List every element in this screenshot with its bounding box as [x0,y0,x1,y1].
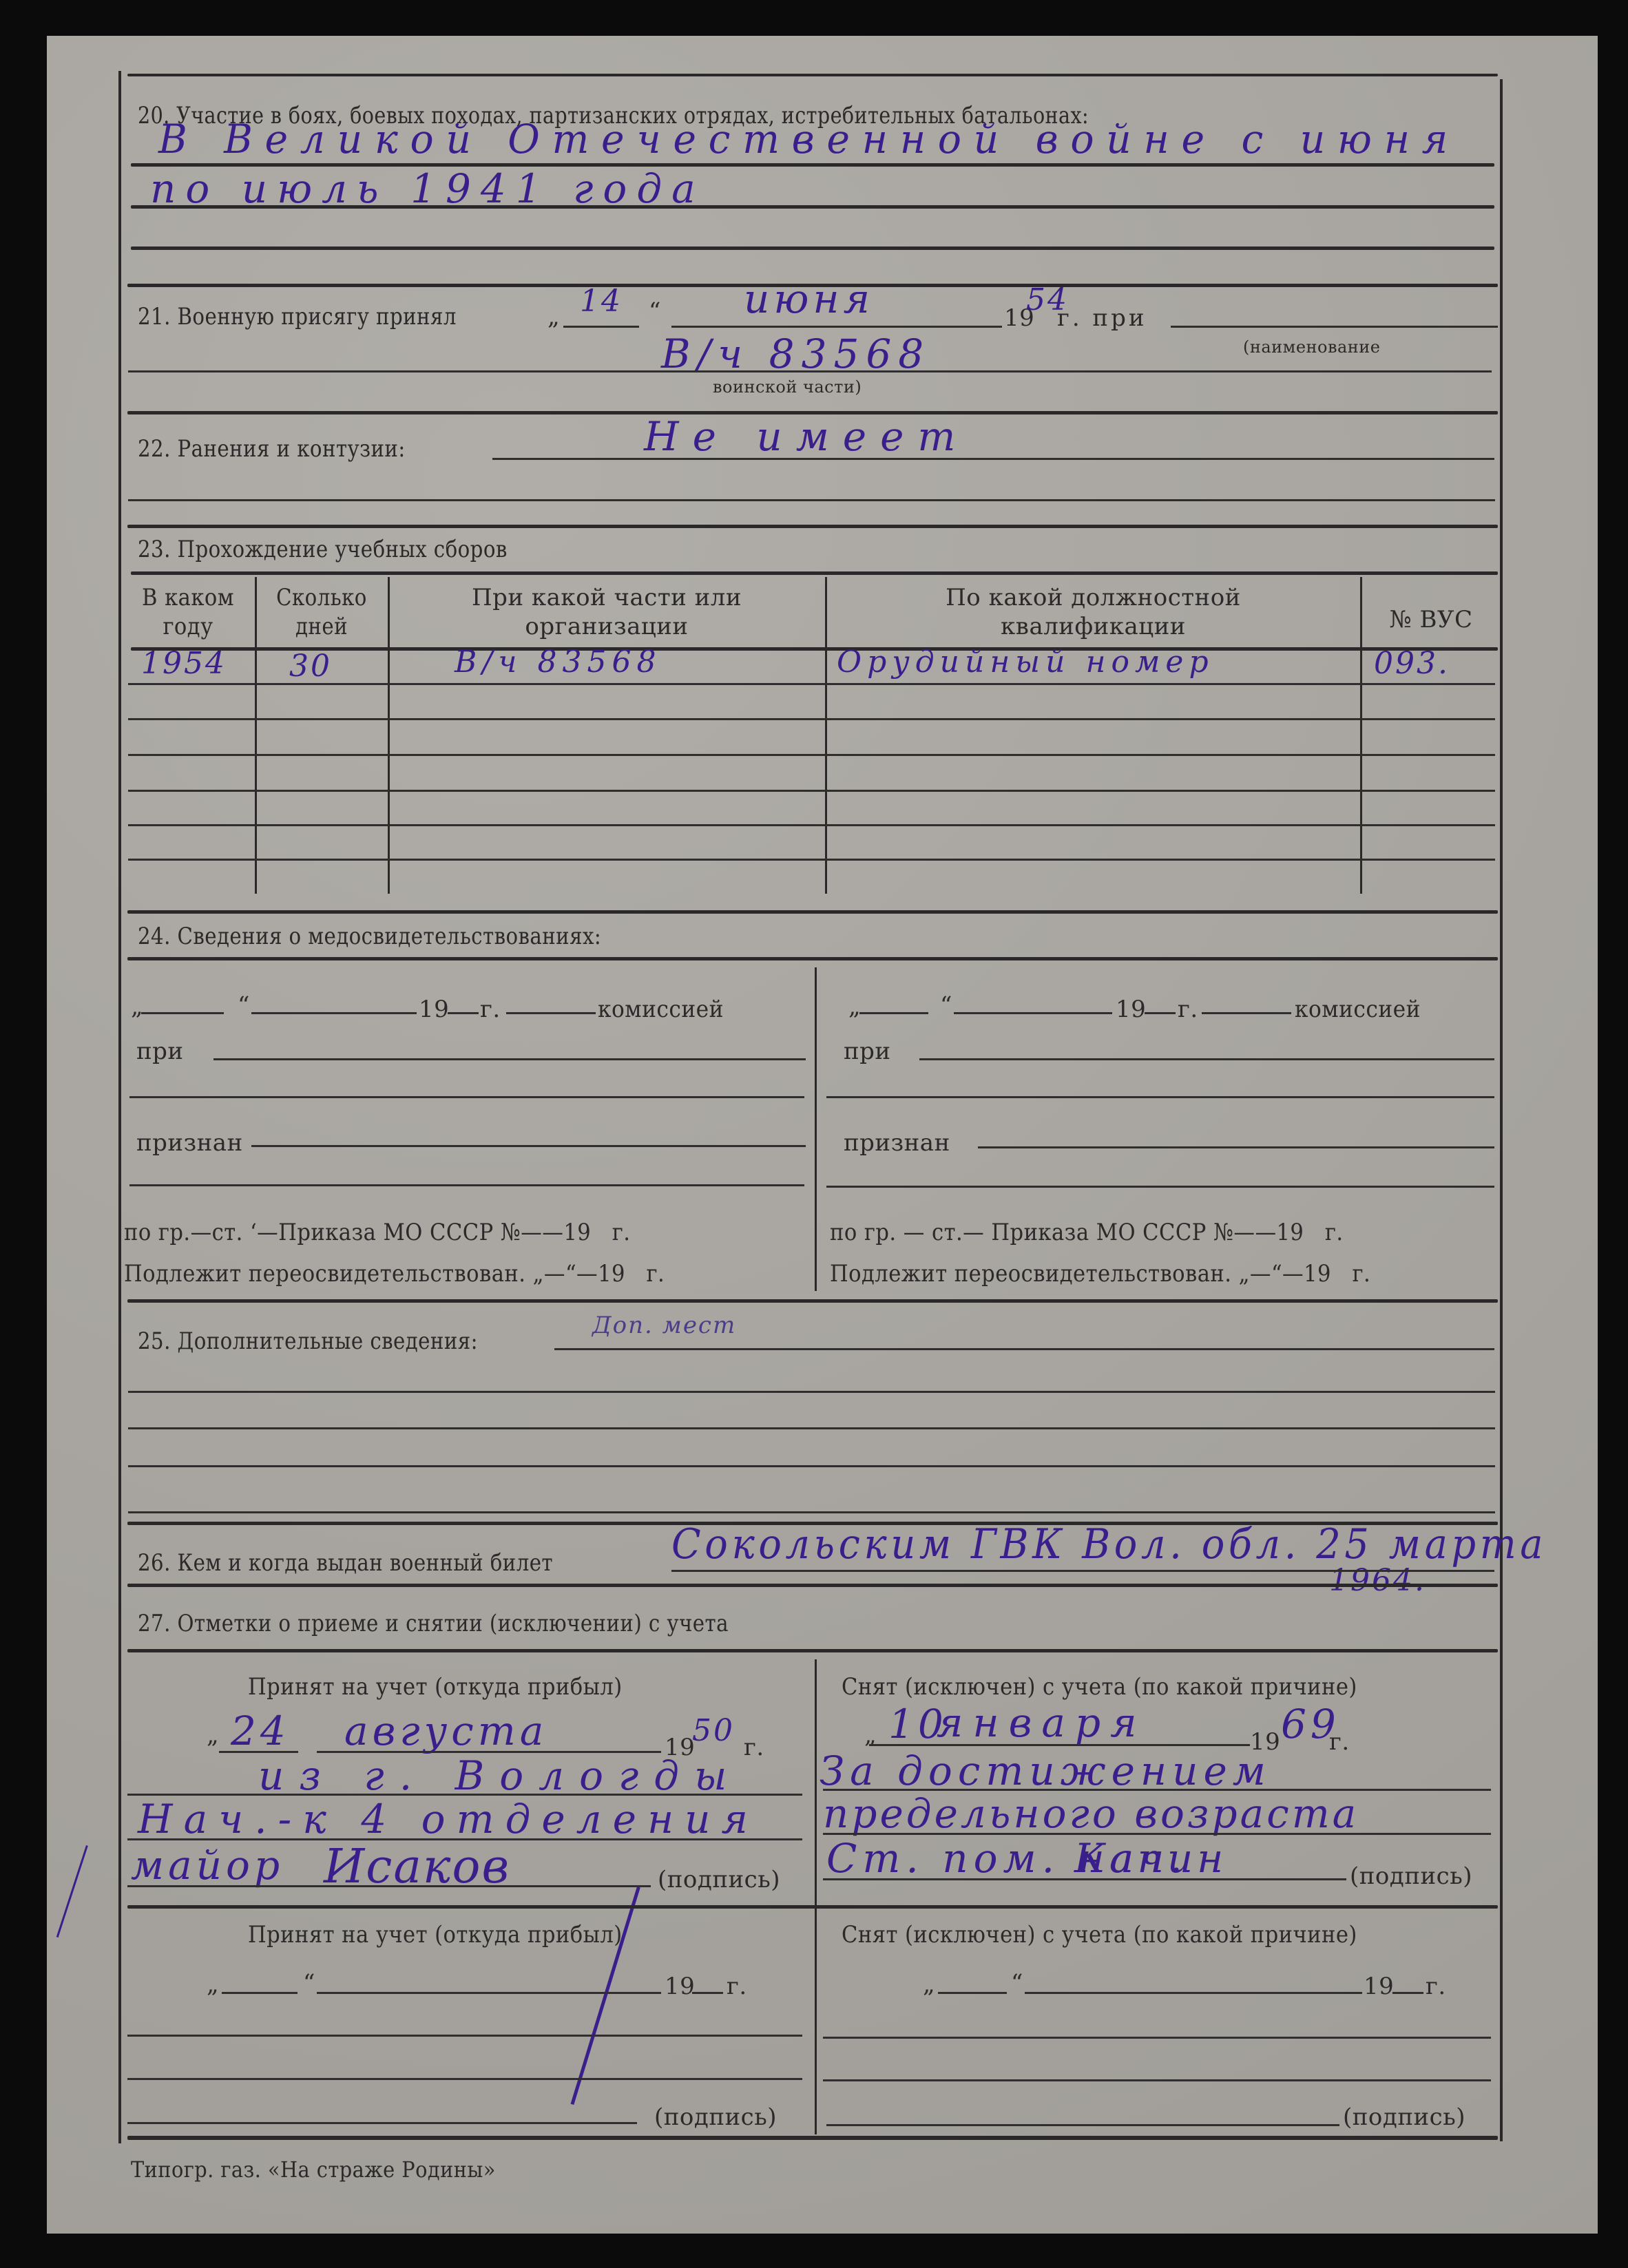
s21-month: июня [744,275,874,322]
s21-day: 14 [580,284,623,319]
s27-accepted-1-header: Принят на учет (откуда прибыл) [248,1673,623,1701]
s27-removed-1-sign-line [823,1878,1346,1880]
s24-right-priznan-line [978,1146,1494,1148]
frame-top-line [127,74,1498,76]
s27-removed-1-month: января [937,1699,1146,1746]
s27-accepted-2-header: Принят на учет (откуда прибыл) [248,1921,623,1949]
s27-accepted-1-year: 50 [692,1713,735,1748]
s27-removed-1-month-line [919,1744,1250,1746]
s24-right-year-line [1145,1012,1176,1014]
s26-label: 26. Кем и когда выдан военный билет [138,1549,553,1577]
s24-right-commission: комиссией [1295,996,1421,1023]
s22-line-2 [128,499,1495,501]
s23-header-qualification: По какой должностной квалификации [826,584,1360,640]
s27-bottom-line [127,2136,1498,2140]
s25-line-2 [128,1391,1495,1393]
s24-left-podlezhit: Подлежит переосвидетельствован. „—“—19 г… [124,1260,665,1288]
s24-left-pri-line [213,1058,806,1060]
s27-accepted-1-line2: Нач.-к 4 отделения [138,1796,759,1842]
s27-accepted-2-g: г. [727,1973,747,2000]
s27-col-sep [815,1659,817,2134]
s25-line-1 [554,1348,1494,1350]
s24-right-year: 19 [1116,996,1146,1023]
s27-middle-line [127,1905,1498,1909]
s25-line-4 [128,1465,1495,1467]
s27-removed-2-year-line [1392,1992,1423,1994]
s21-quote-open: „ [547,303,560,330]
s23-row-line-6 [128,859,1495,861]
s23-row-qualification: Орудийный номер [837,644,1214,680]
s24-left-commission: комиссией [598,996,724,1023]
s24-right-priznan: признан [844,1129,950,1157]
s23-row-year: 1954 [141,646,227,681]
s21-caption-voinskoy-chasti: воинской части) [713,377,862,397]
s25-line-3 [128,1427,1495,1429]
s24-right-month-line [954,1012,1112,1014]
s23-row-vus: 093. [1374,646,1450,681]
s27-accepted-2-quote-close: “ [303,1969,315,1997]
s24-left-priznan: признан [136,1129,243,1157]
s23-row-line-3 [128,754,1495,756]
s27-accepted-1-sign-line [127,1885,651,1887]
s27-accepted-1-line3: майор [131,1842,284,1889]
s23-header-unit: При какой части или организации [390,584,824,640]
s27-accepted-1-month: августа [344,1708,547,1754]
s27-accepted-1-g: г. [744,1734,764,1761]
s24-left-date-quote-close: “ [238,991,250,1019]
s27-removed-1-reason2: предельного возраста [823,1790,1359,1837]
s23-header-year: В каком году [129,584,247,640]
s24-top-line [127,957,1498,960]
s27-accepted-2-day-line [222,1992,298,1994]
s22-value: Не имеет [644,413,969,460]
s24-label: 24. Сведения о медосвидетельствованиях: [138,923,601,950]
s21-g-pri: г. при [1057,304,1147,332]
s25-label: 25. Дополнительные сведения: [138,1327,478,1355]
s27-accepted-1-from: из г. Вологды [258,1752,742,1799]
s24-right-comm-line [1202,1012,1291,1014]
s23-row-line-1 [128,683,1495,685]
s24-left-line-2 [129,1096,804,1098]
s27-removed-2-month-line [1025,1992,1362,1994]
s27-accepted-1-sign-caption: (подпись) [658,1866,780,1893]
s27-removed-2-g: г. [1426,1973,1446,2000]
s24-left-g: г. [480,996,501,1023]
s27-accepted-2-month-line [317,1992,661,1994]
s26-value-year: 1964. [1329,1563,1426,1598]
s27-removed-2-header: Снят (исключен) с учета (по какой причин… [842,1921,1357,1949]
s23-table-top-line [131,571,1498,575]
s27-accepted-2-line-3 [127,2078,802,2080]
s27-removed-1-reason1: За достижением [820,1747,1271,1794]
s24-col-sep [815,967,817,1291]
s24-bottom-line [127,1299,1498,1303]
s23-col-sep-1 [255,577,257,894]
s24-right-pri-line [919,1058,1494,1060]
s27-accepted-2-line-2 [127,2035,802,2037]
s20-line-2 [131,205,1494,209]
s21-month-line [671,326,1002,328]
s24-left-day-line [141,1012,224,1014]
s23-header-bottom-line [131,647,1498,651]
s21-label: 21. Военную присягу принял [138,303,457,330]
s27-accepted-2-sign-caption: (подпись) [654,2103,777,2131]
s27-removed-2-sign-caption: (подпись) [1343,2103,1465,2131]
s23-header-vus: № ВУС [1362,606,1500,633]
s21-quote-close: “ [649,297,661,325]
s24-right-date-quote-close: “ [940,991,952,1019]
s24-left-date-quote-open: „ [131,993,143,1020]
s24-right-date-quote-open: „ [848,993,861,1020]
s27-removed-2-line-3 [823,2079,1491,2081]
s27-removed-2-quote-close: “ [1011,1969,1023,1997]
s21-caption-naimenovanie: (наименование [1243,337,1381,357]
s25-line-5 [128,1511,1495,1513]
frame-left-line [118,71,121,2143]
s24-left-line-4 [129,1184,804,1186]
s24-right-po-gr: по гр. — ст.— Приказа МО СССР №——19 г. [830,1219,1344,1246]
s27-removed-1-header: Снят (исключен) с учета (по какой причин… [842,1673,1357,1701]
s21-day-line [563,326,639,328]
s24-right-pri: при [844,1038,891,1065]
s27-accepted-1-day: 24 [231,1708,290,1754]
s26-line-1 [671,1570,1494,1572]
s21-unit-line-b [128,370,1492,372]
s27-accepted-2-sign-line [127,2122,637,2124]
s24-left-pri: при [136,1038,184,1065]
printer-imprint: Типогр. газ. «На страже Родины» [131,2156,496,2183]
s27-removed-2-sign-line [826,2124,1339,2126]
s24-left-year-line [448,1012,479,1014]
s21-unit-line-a [1171,326,1498,328]
s22-line-1 [492,458,1494,460]
s24-right-g: г. [1178,996,1198,1023]
s24-right-day-line [859,1012,928,1014]
s26-bottom-line [127,1584,1498,1587]
s23-row-line-4 [128,790,1495,792]
s22-label: 22. Ранения и контузии: [138,435,406,463]
s27-removed-2-day-line [938,1992,1007,1994]
s24-right-line-4 [826,1186,1494,1188]
s27-label: 27. Отметки о приеме и снятии (исключени… [138,1610,729,1637]
s27-removed-1-sign-caption: (подпись) [1350,1862,1472,1890]
s24-left-priznan-line [251,1145,806,1147]
s24-left-po-gr: по гр.—ст. ‘—Приказа МО СССР №——19 г. [124,1219,630,1246]
s27-removed-2-y19: 19 [1364,1973,1394,2000]
s27-accepted-2-year-line [692,1992,723,1994]
s26-value: Сокольским ГВК Вол. обл. 25 марта [671,1520,1547,1568]
s23-row-days: 30 [289,649,332,684]
s23-row-line-5 [128,824,1495,826]
s24-left-year: 19 [419,996,449,1023]
s23-header-days: Сколько дней [265,584,377,640]
s27-removed-1-g: г. [1329,1728,1350,1756]
s22-bottom-line [127,525,1498,528]
s27-accepted-1-quote: „ [207,1721,219,1749]
frame-right-line [1500,79,1503,2141]
s24-right-line-2 [826,1096,1494,1098]
s23-row-unit: В/ч 83568 [455,644,662,680]
s27-top-line [127,1649,1498,1652]
s23-row-line-2 [128,718,1495,720]
s23-label: 23. Прохождение учебных сборов [138,536,508,563]
s25-value: Доп. мест [592,1312,736,1339]
s27-accepted-2-quote: „ [207,1971,219,1998]
s24-right-podlezhit: Подлежит переосвидетельствован. „—“—19 г… [830,1260,1370,1288]
s20-handwritten-line1: В Великой Отечественной войне с июня [158,116,1460,162]
s27-accepted-2-y19: 19 [665,1973,695,2000]
s24-left-comm-line [506,1012,596,1014]
s27-removed-2-line-2 [823,2037,1491,2039]
s23-bottom-line [127,910,1498,914]
s27-removed-1-signature: Капин [1074,1835,1227,1882]
s24-left-month-line [251,1012,417,1014]
s20-line-3 [131,246,1494,250]
s27-removed-2-quote: „ [923,1971,935,1998]
